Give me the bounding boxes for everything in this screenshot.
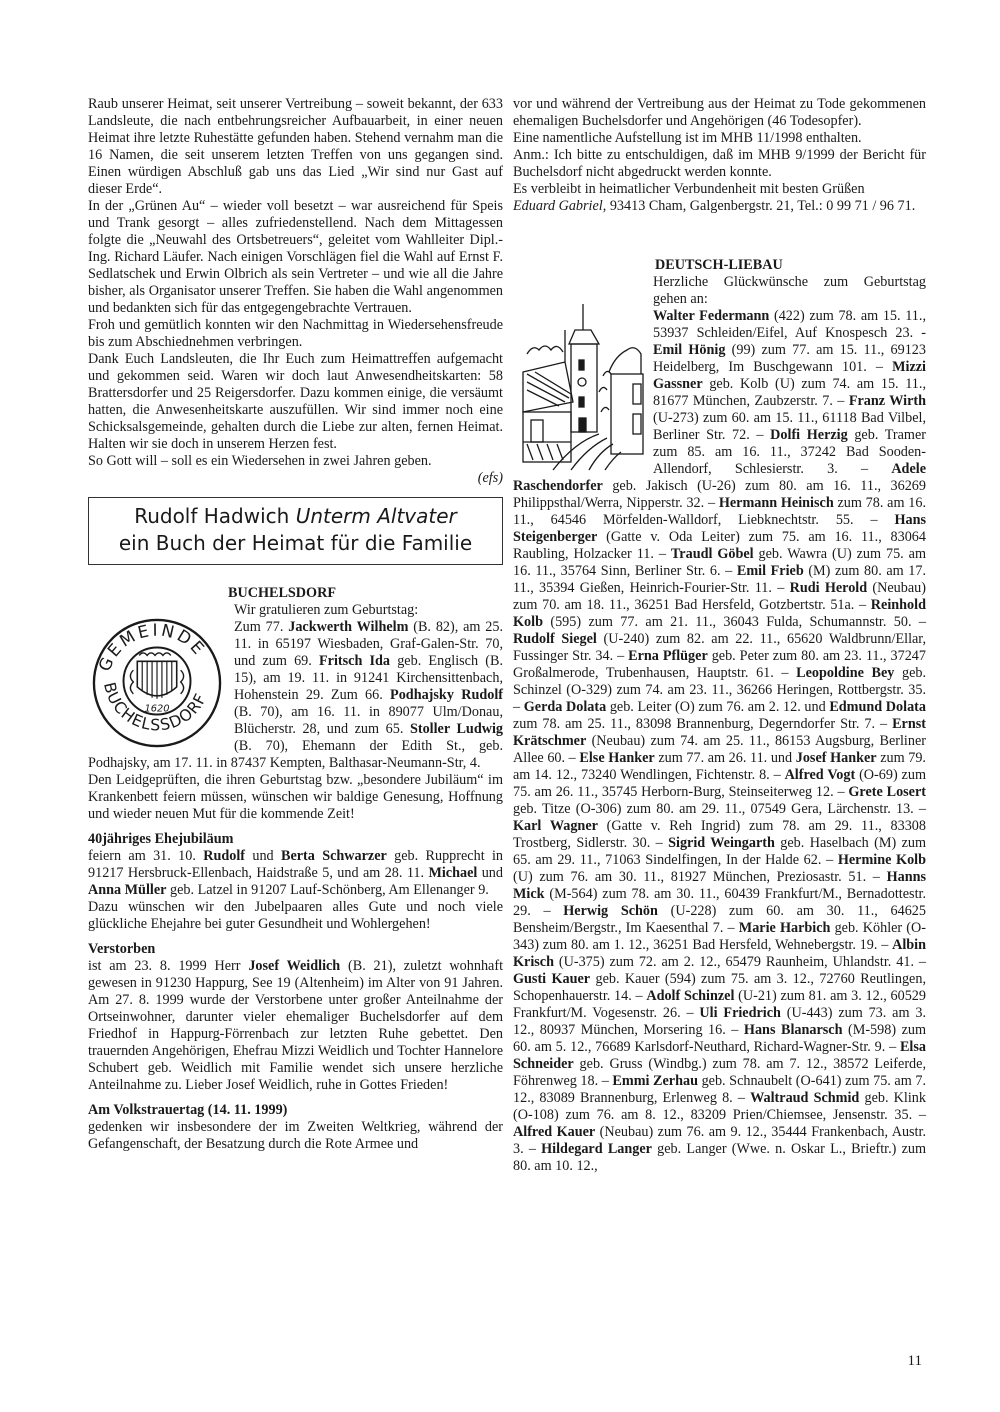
person-name: Herwig Schön [563,903,658,919]
person-name: Hermann Heinisch [719,495,834,511]
contact-details: 93413 Cham, Galgenbergstr. 21, Tel.: 0 9… [606,198,915,214]
person-name: Marie Harbich [739,920,831,936]
person-name: Grete Losert [848,784,926,800]
person-name: Waltraud Schmid [750,1090,859,1106]
anniversary-wishes: Dazu wünschen wir den Jubelpaaren alles … [88,899,503,933]
person-name: Michael [428,865,477,881]
person-name: Anna Müller [88,882,166,898]
person-name: Adolf Schinzel [646,988,734,1004]
sick-wishes: Den Leidgeprüften, die ihren Geburtstag … [88,772,503,823]
book-advertisement: Rudolf Hadwich Unterm Altvater ein Buch … [88,497,503,565]
birthday-details: zum 77. am 26. 11. und [655,750,796,766]
intro-paragraph-4: Dank Euch Landsleuten, die Ihr Euch zum … [88,351,503,453]
text: geb. Latzel in 91207 Lauf-Schönberg, Am … [166,882,488,898]
text: feiern am 31. 10. [88,848,203,864]
person-name: Dolfi Herzig [770,427,848,443]
deceased-text: ist am 23. 8. 1999 Herr Josef Weidlich (… [88,958,503,1094]
text: (B. 21), zuletzt wohnhaft gewesen in 912… [88,958,503,1093]
book-title: Unterm Altvater [296,504,457,528]
intro-paragraph-5: So Gott will – soll es ein Wiedersehen i… [88,453,503,470]
person-name: Uli Friedrich [699,1005,781,1021]
person-name: Walter Federmann [653,308,769,324]
person-name: Alfred Kauer [513,1124,595,1140]
person-name: Erna Pflüger [628,648,708,664]
birthday-details: zum 78. am 25. 11., 83098 Brannenburg, D… [513,716,892,732]
person-name: Stoller Ludwig [410,721,503,737]
deutsch-liebau-section: DEUTSCH-LIEBAU [513,257,926,1175]
person-name: Podhajsky Rudolf [390,687,503,703]
closing-text: Es verbleibt in heimatlicher Verbundenhe… [513,181,926,198]
author-contact: Eduard Gabriel, 93413 Cham, Galgenbergst… [513,198,926,215]
person-name: Hermine Kolb [838,852,926,868]
text: Zum 77. [234,619,288,635]
note-apology: Anm.: Ich bitte zu entschuldigen, daß im… [513,147,926,181]
person-name: Gusti Kauer [513,971,590,987]
note-listing: Eine namentliche Aufstellung ist im MHB … [513,130,926,147]
intro-paragraph-1: Raub unserer Heimat, seit unserer Vertre… [88,96,503,198]
birthday-details: geb. Titze (O-306) zum 80. am 29. 11., 0… [513,801,926,817]
remembrance-text: gedenken wir insbesondere der im Zweiten… [88,1119,503,1153]
person-name: Hans Blanarsch [744,1022,843,1038]
person-name: Jackwerth Wilhelm [288,619,408,635]
church-drawing-icon [513,302,645,472]
remembrance-title: Am Volkstrauertag (14. 11. 1999) [88,1102,503,1119]
buchelsdorf-title: BUCHELSDORF [88,585,503,602]
person-name: Josef Hanker [796,750,877,766]
birthday-details: (U) zum 76. am 30. 11., 81927 München, P… [513,869,887,885]
person-name: Rudi Herold [790,580,868,596]
birthday-details: (U-375) zum 72. am 2. 12., 65479 Raunhei… [554,954,926,970]
person-name: Else Hanker [579,750,654,766]
person-name: Fritsch Ida [319,653,390,669]
person-name: Berta Schwarzer [281,848,387,864]
municipal-seal-icon: GEMEINDE BUCHELSSDORF 1620 [88,616,226,750]
person-name: Emil Hönig [653,342,725,358]
anniversary-text: feiern am 31. 10. Rudolf und Berta Schwa… [88,848,503,899]
intro-paragraph-2: In der „Grünen Au“ – wieder voll besetzt… [88,198,503,317]
birthday-details: geb. Leiter (O) zum 76. am 2. 12. und [606,699,829,715]
person-name: Josef Weidlich [248,958,340,974]
page-number: 11 [908,1353,922,1370]
person-name: Emil Frieb [737,563,804,579]
birthday-details: (595) zum 77. am 21. 11., 36043 Fulda, S… [543,614,926,630]
person-name: Karl Wagner [513,818,598,834]
anniversary-title: 40jähriges Ehejubiläum [88,831,503,848]
author-name: Eduard Gabriel, [513,198,606,214]
person-name: Alfred Vogt [785,767,856,783]
person-name: Traudl Göbel [671,546,754,562]
intro-paragraph-3: Froh und gemütlich konnten wir den Nachm… [88,317,503,351]
deutsch-liebau-title: DEUTSCH-LIEBAU [513,257,926,274]
deceased-title: Verstorben [88,941,503,958]
person-name: Emmi Zerhau [612,1073,698,1089]
author-signature: (efs) [88,470,503,487]
text: ist am 23. 8. 1999 Herr [88,958,248,974]
left-column: Raub unserer Heimat, seit unserer Vertre… [88,96,503,1153]
text: und [245,848,281,864]
person-name: Edmund Dolata [829,699,926,715]
person-name: Sigrid Weingarth [668,835,775,851]
person-name: Gerda Dolata [524,699,606,715]
person-name: Leopoldine Bey [796,665,894,681]
person-name: Rudolf [203,848,245,864]
person-name: Hildegard Langer [541,1141,652,1157]
person-name: Rudolf Siegel [513,631,597,647]
right-column: vor und während der Vertreibung aus der … [513,96,926,1175]
book-tagline: ein Buch der Heimat für die Familie [93,530,498,557]
continuation-text: vor und während der Vertreibung aus der … [513,96,926,130]
text: und [477,865,503,881]
book-author: Rudolf Hadwich [134,504,289,528]
book-ad-line-1: Rudolf Hadwich Unterm Altvater [93,503,498,530]
person-name: Franz Wirth [849,393,926,409]
svg-text:1620: 1620 [144,704,169,715]
buchelsdorf-section: BUCHELSDORF GEMEINDE BUCHELSSDORF 1620 [88,585,503,1153]
